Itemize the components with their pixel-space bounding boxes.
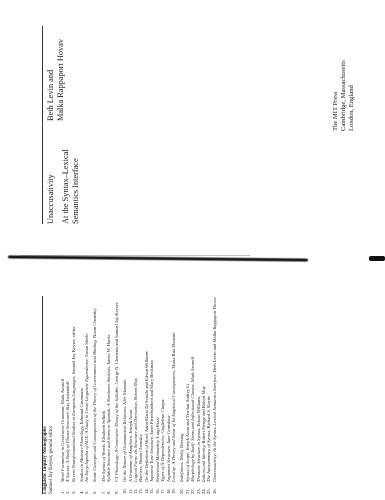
publisher-city-2: London, England xyxy=(348,11,356,131)
publisher-block: The MIT Press Cambridge, Massachusetts L… xyxy=(332,11,356,131)
item-author: Mark Aronoff xyxy=(190,357,195,384)
item-title: Morphology by Itself: Stems and Inflecti… xyxy=(190,383,195,482)
item-title: Indefinites, xyxy=(179,461,184,482)
series-editor: Samuel Jay Keyser, general editor xyxy=(49,294,55,494)
item-title: Types of Ā-Dependencies, xyxy=(160,435,165,483)
item-author: Beth Levin and Malka Rappaport Hovav xyxy=(212,297,217,373)
item-title: Relativized Minimality, xyxy=(155,439,160,482)
item-author: Joseph Aoun xyxy=(128,410,133,435)
item-title: Barriers, xyxy=(138,465,143,482)
item-title: An Encyclopedia of AUX: A Study in Cross… xyxy=(84,358,89,482)
series-list: 1.Word Formation in Generative Grammar, … xyxy=(60,294,217,494)
item-author: Richard S. Kayne xyxy=(206,396,211,430)
item-title: The Syntax of Words, xyxy=(101,443,106,482)
item-author: Edwin Williams xyxy=(196,397,201,428)
scan-spine-shadow xyxy=(0,254,385,264)
item-author: Robert Fiengo and Robert May xyxy=(201,386,206,445)
item-author: Noam Chomsky xyxy=(138,434,143,465)
item-number: 6. xyxy=(92,491,97,494)
item-author: Samuel Jay Keyser, editor xyxy=(71,326,76,375)
item-author: Luigi Rizzi xyxy=(155,417,160,439)
title-rule xyxy=(42,26,43,224)
item-author: Maria Rita Manzini xyxy=(171,332,176,369)
item-author: Noam Chomsky xyxy=(92,308,97,339)
item-author: Alec Marantz xyxy=(122,380,127,406)
item-number: 9. xyxy=(114,491,119,494)
item-author: Elisabeth Selkirk xyxy=(101,411,106,444)
series-list-item: 8.Syllable Structure and Stress in Spani… xyxy=(106,294,111,494)
spine-shadow-tip xyxy=(369,256,385,261)
series-list-item: 19.Locality: A Theory and Some of Its Em… xyxy=(171,294,176,494)
item-author: Edmund Gussmann xyxy=(79,388,84,425)
series-list-item: 9.CV Phonology: A Generative Theory of t… xyxy=(114,294,119,494)
book-title-block: Unaccusativity At the Syntax–Lexical Sem… xyxy=(46,144,82,224)
item-author: George N. Clements and Samuel Jay Keyser xyxy=(114,303,119,386)
item-title: Studies in Abstract Phonology, xyxy=(79,425,84,482)
item-author: Janet Pierrehumbert and Mary Beckman xyxy=(149,360,154,435)
item-title: CV Phonology: A Generative Theory of the… xyxy=(114,386,119,482)
item-author: Molly Diesing xyxy=(179,434,184,462)
item-title: On the Nature of Grammatical Relations, xyxy=(122,406,127,482)
item-title: Word Formation in Generative Grammar, xyxy=(60,405,65,482)
item-author: Joseph Aoun and Yen-hui Audrey Li xyxy=(185,384,190,452)
title-page: Unaccusativity At the Syntax–Lexical Sem… xyxy=(38,24,368,224)
item-title: A Grammar of Anaphora, xyxy=(128,435,133,482)
series-list-item: 26.Unaccusativity: At the Syntax–Lexical… xyxy=(212,294,217,494)
item-number: 8. xyxy=(106,491,111,494)
publisher-city-1: Cambridge, Massachusetts xyxy=(340,11,348,131)
item-author: Mark Aronoff xyxy=(60,379,65,406)
series-header: Linguistic Inquiry Monographs Samuel Jay… xyxy=(43,294,56,494)
item-title: Some Concepts and Consequences of the Th… xyxy=(92,339,97,482)
item-author: Ray Jackendoff xyxy=(65,381,70,411)
item-author: Guglielmo Cinque xyxy=(160,399,165,434)
author-line-2: Malka Rappaport Hovav xyxy=(56,11,66,121)
item-author: Anna-Maria Di Sciullo and Edwin Williams xyxy=(144,351,149,433)
book-title: Unaccusativity xyxy=(46,144,57,224)
item-title: Argument Structure, xyxy=(166,445,171,482)
book-subtitle-line-2: Semantics Interface xyxy=(71,144,82,224)
item-number: 3. xyxy=(71,491,76,494)
series-list-item: 6.Some Concepts and Consequences of the … xyxy=(92,294,97,494)
item-title: Unaccusativity: At the Syntax–Lexical Se… xyxy=(212,373,217,482)
publisher-name: The MIT Press xyxy=(332,11,340,131)
item-title: Japanese Tone Structure, xyxy=(149,436,154,482)
item-title: Syllable Structure and Stress in Spanish… xyxy=(106,366,111,482)
book-subtitle-line-1: At the Syntax–Lexical xyxy=(61,144,72,224)
author-line-1: Beth Levin and xyxy=(46,11,56,121)
item-number: 5. xyxy=(84,491,89,494)
item-title: X̄ Syntax: A Study of Phrase Structure, xyxy=(65,411,70,482)
item-title: Syntax of Scope, xyxy=(185,452,190,482)
item-number: 26. xyxy=(212,488,217,494)
item-title: Recent Transformational Studies in Europ… xyxy=(71,375,76,482)
series-list-item: 5.An Encyclopedia of AUX: A Study in Cro… xyxy=(84,294,89,494)
item-title: Logical Form: Its Structure and Derivati… xyxy=(133,401,138,482)
spine-shadow-band xyxy=(8,255,308,261)
item-title: The Antisymmetry of Syntax, xyxy=(206,430,211,482)
series-page: Linguistic Inquiry Monographs Samuel Jay… xyxy=(38,294,298,494)
series-list-item: 3.Recent Transformational Studies in Eur… xyxy=(71,294,76,494)
item-author: James W. Harris xyxy=(106,335,111,366)
item-author: Robert May xyxy=(133,378,138,401)
item-title: On the Definition of Word, xyxy=(144,433,149,482)
item-author: Susan Steele xyxy=(84,334,89,359)
item-author: Jane Grimshaw xyxy=(166,415,171,445)
authors-block: Beth Levin and Malka Rappaport Hovav xyxy=(46,11,66,121)
item-title: Indices and Identity, xyxy=(201,445,206,482)
item-title: Thematic Structure in Syntax, xyxy=(196,428,201,482)
item-title: Locality: A Theory and Some of Its Empir… xyxy=(171,370,176,482)
item-number: 19. xyxy=(171,488,176,494)
